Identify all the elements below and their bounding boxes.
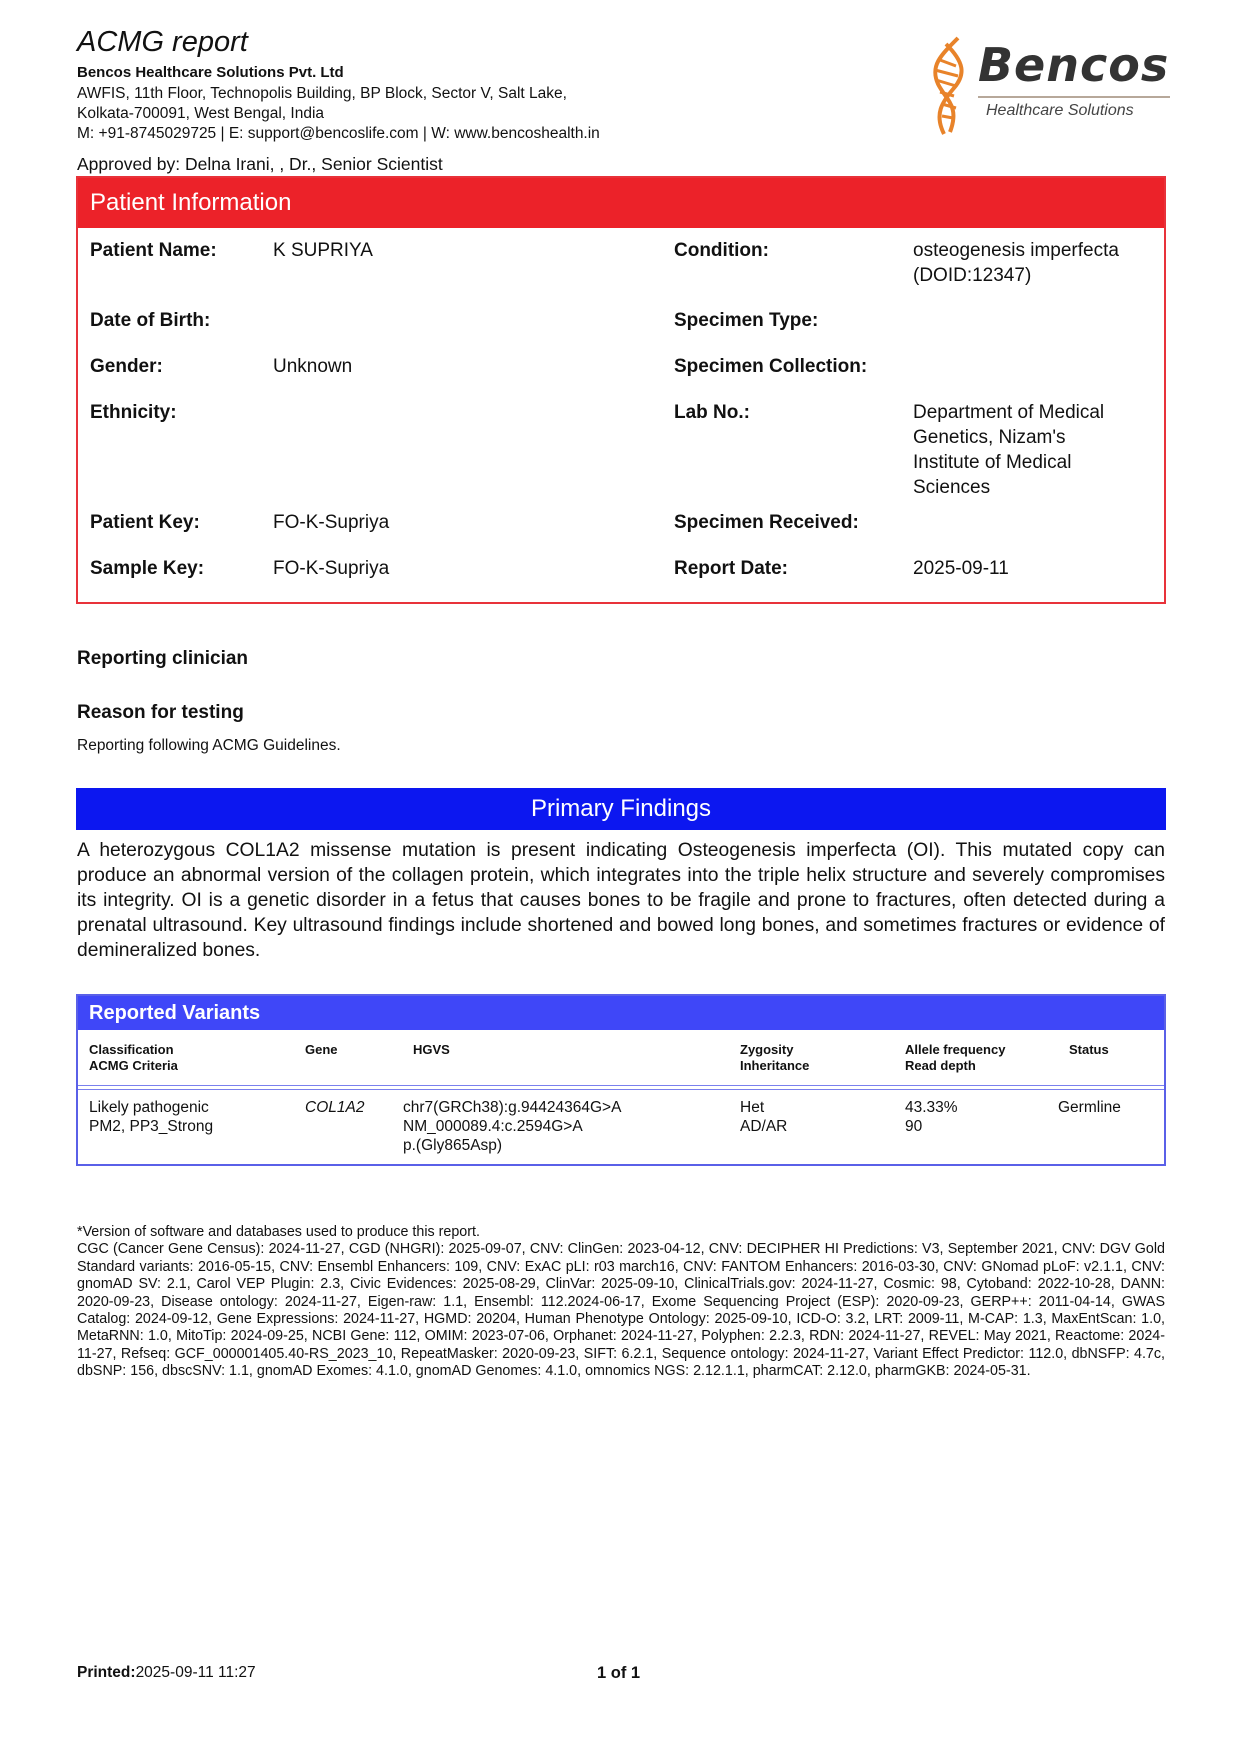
reason-for-testing-heading: Reason for testing <box>77 702 244 724</box>
column-header-allele-frequency: Allele frequency Read depth <box>905 1042 1005 1074</box>
patient-name-value: K SUPRIYA <box>273 238 373 263</box>
allele-frequency-value: 43.33% <box>905 1098 958 1117</box>
classification-value: Likely pathogenic <box>89 1098 213 1117</box>
sample-key-label: Sample Key: <box>90 558 204 580</box>
report-date-label: Report Date: <box>674 558 788 580</box>
header-line: Gene <box>305 1042 338 1058</box>
patient-key-value: FO-K-Supriya <box>273 510 389 535</box>
patient-key-label: Patient Key: <box>90 512 200 534</box>
reason-for-testing-text: Reporting following ACMG Guidelines. <box>77 737 341 755</box>
header-line: HGVS <box>413 1042 450 1058</box>
column-header-classification: Classification ACMG Criteria <box>89 1042 178 1074</box>
condition-value: osteogenesis imperfecta (DOID:12347) <box>913 238 1153 288</box>
acmg-criteria-value: PM2, PP3_Strong <box>89 1117 213 1136</box>
report-page: ACMG report Bencos Healthcare Solutions … <box>0 0 1241 1754</box>
gender-value: Unknown <box>273 354 352 379</box>
header-separator <box>78 1085 1164 1090</box>
header-line: ACMG Criteria <box>89 1058 178 1074</box>
gender-label: Gender: <box>90 356 163 378</box>
header-line: Read depth <box>905 1058 1005 1074</box>
logo-name: Bencos <box>978 38 1169 92</box>
approved-by: Approved by: Delna Irani, , Dr., Senior … <box>77 154 443 175</box>
primary-findings-text: A heterozygous COL1A2 missense mutation … <box>77 838 1165 963</box>
cell-gene: COL1A2 <box>305 1098 364 1117</box>
cell-classification: Likely pathogenic PM2, PP3_Strong <box>89 1098 213 1136</box>
report-title: ACMG report <box>77 26 248 59</box>
cell-allele-frequency: 43.33% 90 <box>905 1098 958 1136</box>
specimen-type-label: Specimen Type: <box>674 310 818 332</box>
footnote-title: *Version of software and databases used … <box>77 1224 1165 1241</box>
reporting-clinician-heading: Reporting clinician <box>77 648 248 670</box>
patient-information-heading: Patient Information <box>78 178 1164 228</box>
sample-key-value: FO-K-Supriya <box>273 556 389 581</box>
specimen-collection-label: Specimen Collection: <box>674 356 867 378</box>
report-date-value: 2025-09-11 <box>913 556 1153 581</box>
dna-helix-icon <box>920 36 980 136</box>
column-header-status: Status <box>1069 1042 1109 1058</box>
hgvs-protein: p.(Gly865Asp) <box>403 1136 621 1155</box>
printed-label: Printed: <box>77 1664 136 1681</box>
company-name: Bencos Healthcare Solutions Pvt. Ltd <box>77 64 344 81</box>
column-header-hgvs: HGVS <box>413 1042 450 1058</box>
patient-information-section: Patient Information Patient Name: K SUPR… <box>76 176 1166 604</box>
printed-value: 2025-09-11 11:27 <box>136 1664 256 1681</box>
logo-divider <box>978 96 1170 98</box>
reported-variants-table: Reported Variants Classification ACMG Cr… <box>76 994 1166 1166</box>
hgvs-coding: NM_000089.4:c.2594G>A <box>403 1117 621 1136</box>
patient-name-label: Patient Name: <box>90 240 217 262</box>
dob-label: Date of Birth: <box>90 310 210 332</box>
lab-no-label: Lab No.: <box>674 402 750 424</box>
header-line: Zygosity <box>740 1042 809 1058</box>
lab-no-value: Department of Medical Genetics, Nizam's … <box>913 400 1133 500</box>
column-header-gene: Gene <box>305 1042 338 1058</box>
zygosity-value: Het <box>740 1098 787 1117</box>
header-line: Classification <box>89 1042 178 1058</box>
primary-findings-heading: Primary Findings <box>76 788 1166 830</box>
condition-label: Condition: <box>674 240 769 262</box>
reported-variants-heading: Reported Variants <box>78 996 1164 1030</box>
read-depth-value: 90 <box>905 1117 958 1136</box>
contact-line: M: +91-8745029725 | E: support@bencoslif… <box>77 124 600 144</box>
hgvs-genomic: chr7(GRCh38):g.94424364G>A <box>403 1098 621 1117</box>
logo-subtitle: Healthcare Solutions <box>986 102 1134 120</box>
address-line-1: AWFIS, 11th Floor, Technopolis Building,… <box>77 84 567 104</box>
company-logo: Bencos Healthcare Solutions <box>920 36 1170 136</box>
software-versions-footnote: *Version of software and databases used … <box>77 1224 1165 1381</box>
printed-timestamp: Printed:2025-09-11 11:27 <box>77 1664 256 1682</box>
cell-zygosity: Het AD/AR <box>740 1098 787 1136</box>
cell-status: Germline <box>1058 1098 1121 1117</box>
header-line: Allele frequency <box>905 1042 1005 1058</box>
header-line: Status <box>1069 1042 1109 1058</box>
inheritance-value: AD/AR <box>740 1117 787 1136</box>
cell-hgvs: chr7(GRCh38):g.94424364G>A NM_000089.4:c… <box>403 1098 621 1155</box>
specimen-received-label: Specimen Received: <box>674 512 859 534</box>
header-line: Inheritance <box>740 1058 809 1074</box>
ethnicity-label: Ethnicity: <box>90 402 177 424</box>
column-header-zygosity: Zygosity Inheritance <box>740 1042 809 1074</box>
footnote-text: CGC (Cancer Gene Census): 2024-11-27, CG… <box>77 1241 1165 1380</box>
page-number: 1 of 1 <box>597 1664 640 1683</box>
address-line-2: Kolkata-700091, West Bengal, India <box>77 104 324 124</box>
